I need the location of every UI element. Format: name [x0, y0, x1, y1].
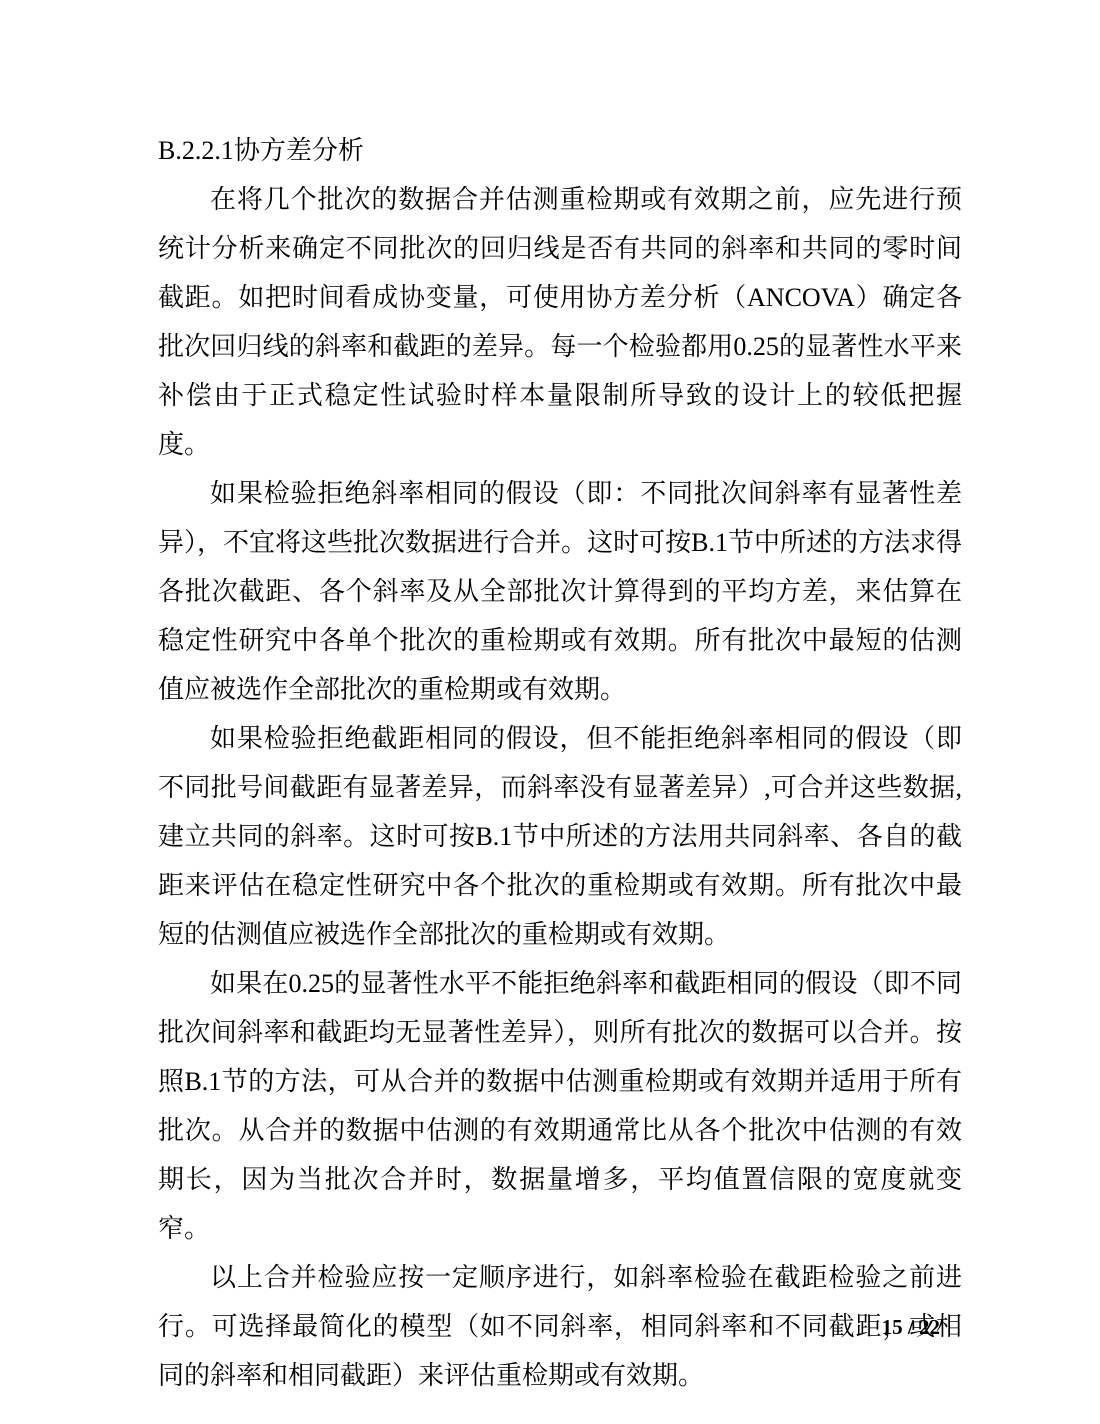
paragraph-reject-slope: 如果检验拒绝斜率相同的假设（即：不同批次间斜率有显著性差异），不宜将这些批次数据…	[158, 469, 962, 714]
page-number: 15 / 22	[882, 1315, 940, 1340]
paragraph-test-order: 以上合并检验应按一定顺序进行，如斜率检验在截距检验之前进行。可选择最简化的模型（…	[158, 1253, 962, 1400]
section-heading: B.2.2.1协方差分析	[158, 126, 962, 175]
paragraph-ancova-intro: 在将几个批次的数据合并估测重检期或有效期之前，应先进行预统计分析来确定不同批次的…	[158, 175, 962, 469]
document-page: B.2.2.1协方差分析 在将几个批次的数据合并估测重检期或有效期之前，应先进行…	[158, 126, 962, 1400]
paragraph-reject-intercept: 如果检验拒绝截距相同的假设，但不能拒绝斜率相同的假设（即不同批号间截距有显著差异…	[158, 714, 962, 959]
paragraph-pool-all-batches: 如果在0.25的显著性水平不能拒绝斜率和截距相同的假设（即不同批次间斜率和截距均…	[158, 959, 962, 1253]
